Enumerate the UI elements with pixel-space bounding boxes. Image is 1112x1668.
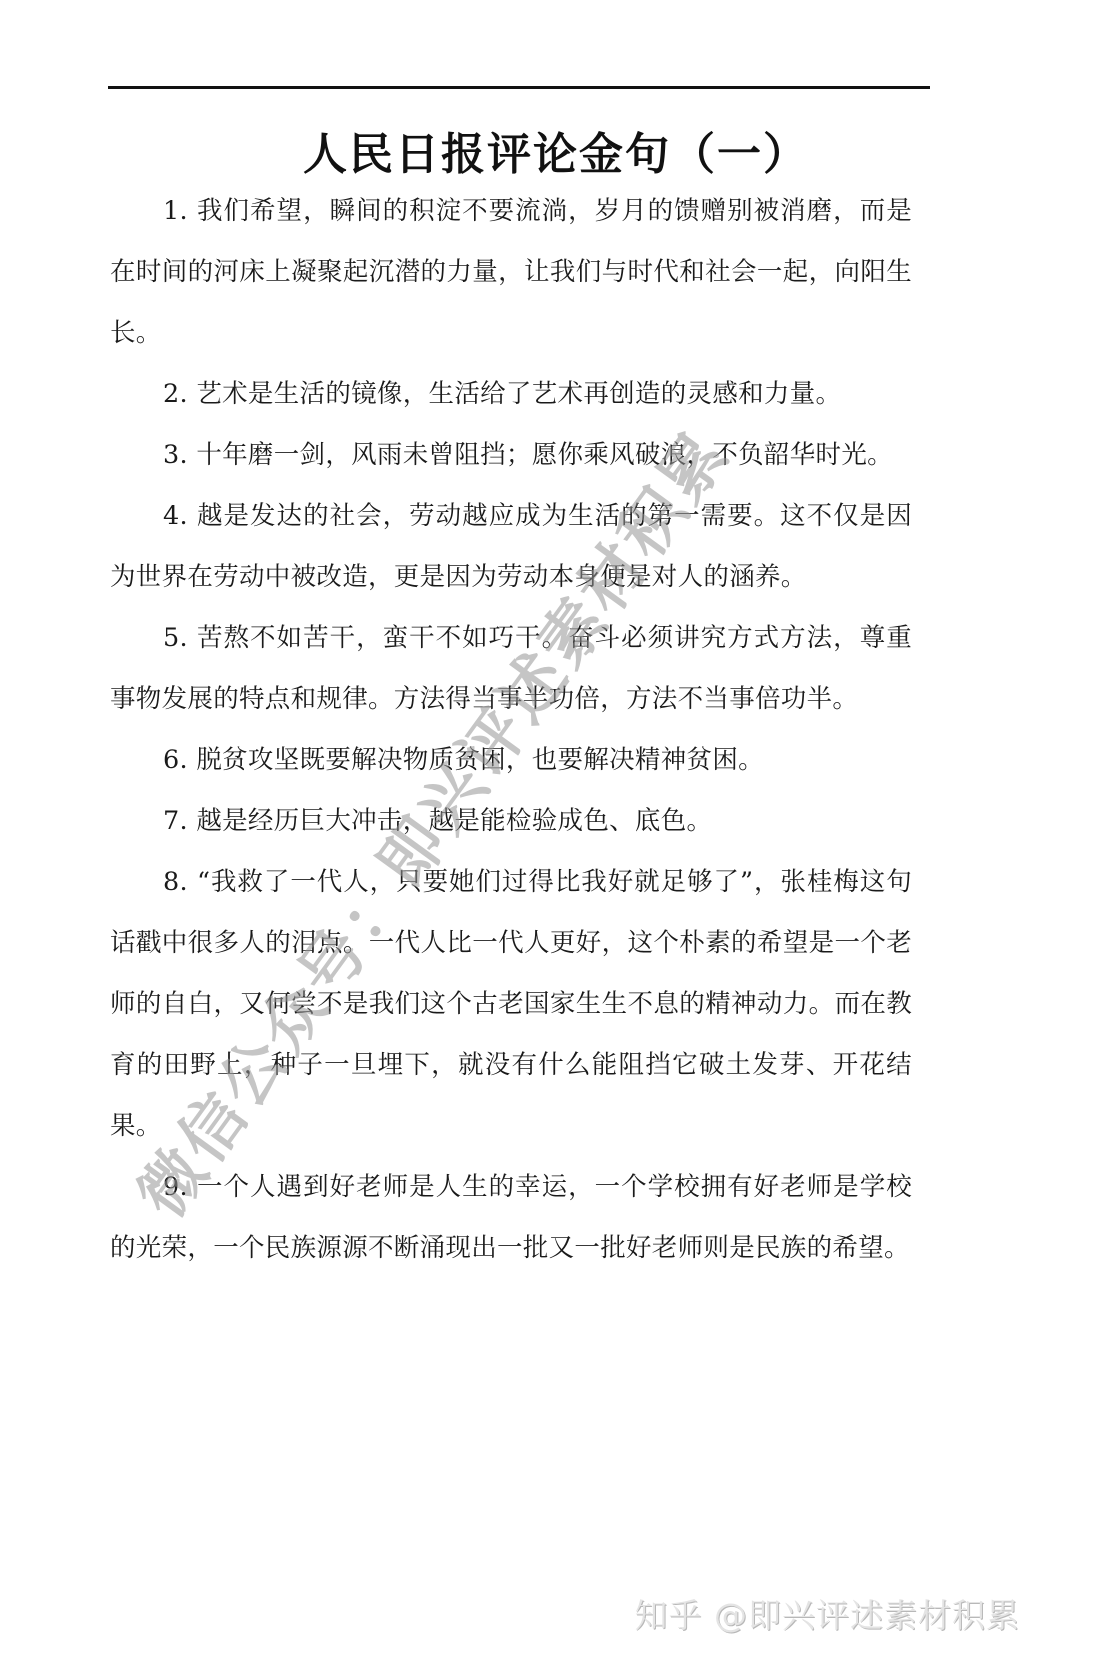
quote-paragraph-6: 6. 脱贫攻坚既要解决物质贫困，也要解决精神贫困。 [110, 730, 912, 791]
quote-paragraph-2: 2. 艺术是生活的镜像，生活给了艺术再创造的灵感和力量。 [110, 364, 912, 425]
quote-paragraph-8: 8. “我救了一代人，只要她们过得比我好就足够了”，张桂梅这句话戳中很多人的泪点… [110, 852, 912, 1157]
quote-paragraph-4: 4. 越是发达的社会，劳动越应成为生活的第一需要。这不仅是因为世界在劳动中被改造… [110, 486, 912, 608]
quote-paragraph-3: 3. 十年磨一剑，风雨未曾阻挡；愿你乘风破浪，不负韶华时光。 [110, 425, 912, 486]
quote-paragraph-5: 5. 苦熬不如苦干，蛮干不如巧干。奋斗必须讲究方式方法，尊重事物发展的特点和规律… [110, 608, 912, 730]
header-rule [108, 86, 930, 89]
zhihu-footer-watermark: 知乎 @即兴评述素材积累 [635, 1590, 1021, 1637]
quote-paragraph-1: 1. 我们希望，瞬间的积淀不要流淌，岁月的馈赠别被消磨，而是在时间的河床上凝聚起… [110, 181, 912, 364]
quote-paragraph-9: 9. 一个人遇到好老师是人生的幸运，一个学校拥有好老师是学校的光荣，一个民族源源… [110, 1157, 912, 1279]
quote-paragraph-7: 7. 越是经历巨大冲击，越是能检验成色、底色。 [110, 791, 912, 852]
document-title: 人民日报评论金句（一） [0, 118, 1112, 182]
document-body: 1. 我们希望，瞬间的积淀不要流淌，岁月的馈赠别被消磨，而是在时间的河床上凝聚起… [110, 181, 912, 1279]
